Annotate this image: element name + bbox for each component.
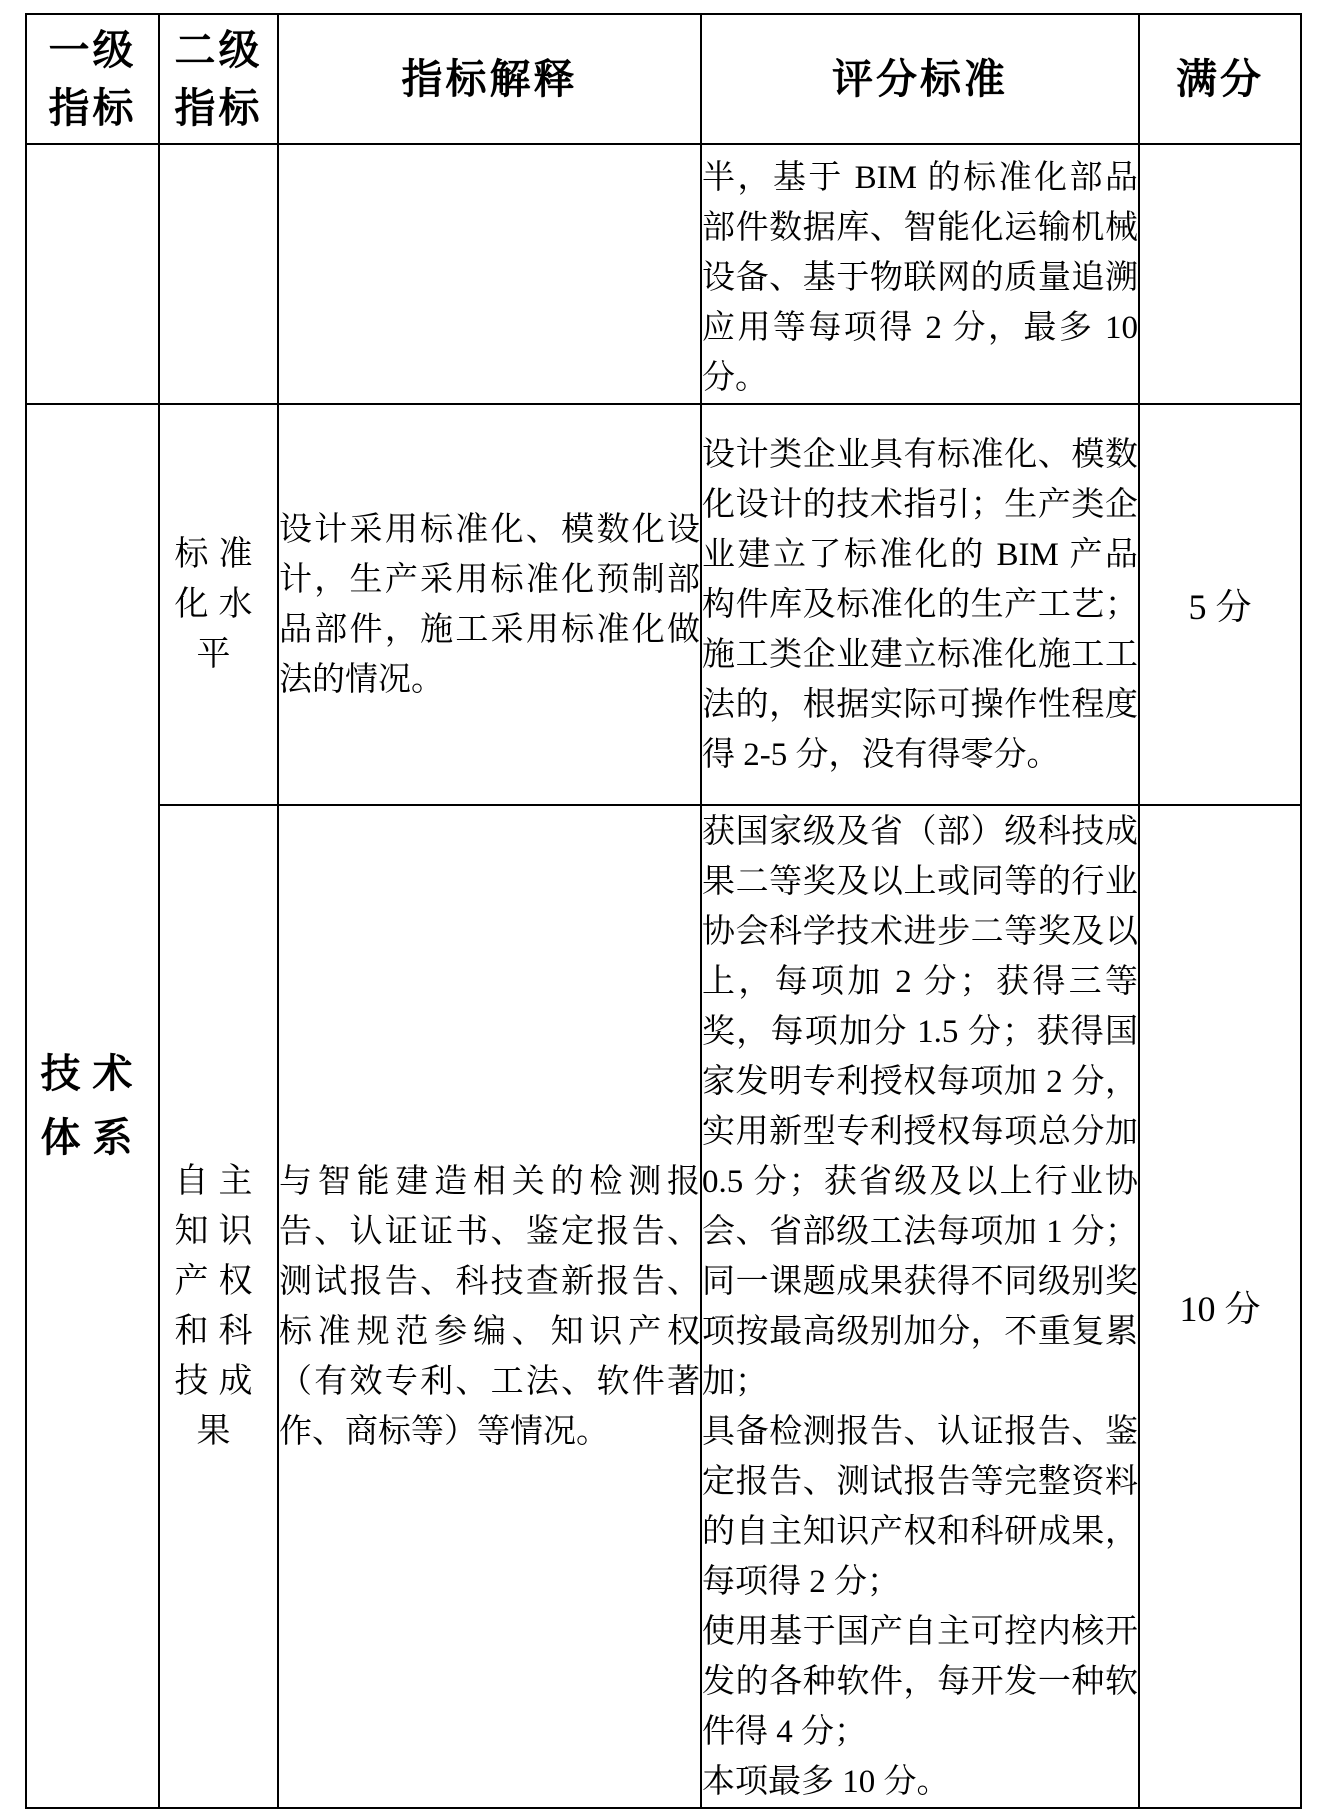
paragraph: 半，基于 BIM 的标准化部品部件数据库、智能化运输机械设备、基于物联网的质量追… (702, 153, 1138, 403)
document-page: 一级指标 二级指标 指标解释 评分标准 满分 半，基于 BIM 的标准化部品部件… (0, 0, 1323, 1819)
scoring-table: 一级指标 二级指标 指标解释 评分标准 满分 半，基于 BIM 的标准化部品部件… (25, 13, 1302, 1809)
paragraph: 与智能建造相关的检测报告、认证证书、鉴定报告、测试报告、科技查新报告、标准规范参… (279, 1157, 700, 1457)
cell-row2-explanation: 设计采用标准化、模数化设计，生产采用标准化预制部品部件，施工采用标准化做法的情况… (278, 404, 701, 805)
cell-row2-criteria: 设计类企业具有标准化、模数化设计的技术指引；生产类企业建立了标准化的 BIM 产… (701, 404, 1139, 805)
paragraph: 具备检测报告、认证报告、鉴定报告、测试报告等完整资料的自主知识产权和科研成果，每… (702, 1407, 1138, 1607)
cell-row2-score: 5 分 (1139, 404, 1301, 805)
header-level1: 一级指标 (26, 14, 159, 144)
cell-row1-criteria: 半，基于 BIM 的标准化部品部件数据库、智能化运输机械设备、基于物联网的质量追… (701, 144, 1139, 404)
header-explanation: 指标解释 (278, 14, 701, 144)
paragraph: 设计类企业具有标准化、模数化设计的技术指引；生产类企业建立了标准化的 BIM 产… (702, 430, 1138, 780)
table-row-standardization: 技术体系 标准化水平 设计采用标准化、模数化设计，生产采用标准化预制部品部件，施… (26, 404, 1301, 805)
cell-row1-level1 (26, 144, 159, 404)
paragraph: 获国家级及省（部）级科技成果二等奖及以上或同等的行业协会科学技术进步二等奖及以上… (702, 807, 1138, 1407)
cell-row3-score: 10 分 (1139, 805, 1301, 1808)
paragraph: 使用基于国产自主可控内核开发的各种软件，每开发一种软件得 4 分； (702, 1607, 1138, 1757)
header-criteria: 评分标准 (701, 14, 1139, 144)
table-row-continuation: 半，基于 BIM 的标准化部品部件数据库、智能化运输机械设备、基于物联网的质量追… (26, 144, 1301, 404)
cell-row3-criteria: 获国家级及省（部）级科技成果二等奖及以上或同等的行业协会科学技术进步二等奖及以上… (701, 805, 1139, 1808)
cell-row1-level2 (159, 144, 278, 404)
header-level2: 二级指标 (159, 14, 278, 144)
header-max-score: 满分 (1139, 14, 1301, 144)
cell-row3-level2: 自主知识产权和科技成果 (159, 805, 278, 1808)
table-header-row: 一级指标 二级指标 指标解释 评分标准 满分 (26, 14, 1301, 144)
paragraph: 本项最多 10 分。 (702, 1757, 1138, 1807)
cell-row1-score (1139, 144, 1301, 404)
table-row-ip-achievements: 自主知识产权和科技成果 与智能建造相关的检测报告、认证证书、鉴定报告、测试报告、… (26, 805, 1301, 1808)
cell-row1-explanation (278, 144, 701, 404)
cell-level1-group: 技术体系 (26, 404, 159, 1808)
cell-row2-level2: 标准化水平 (159, 404, 278, 805)
cell-row3-explanation: 与智能建造相关的检测报告、认证证书、鉴定报告、测试报告、科技查新报告、标准规范参… (278, 805, 701, 1808)
paragraph: 设计采用标准化、模数化设计，生产采用标准化预制部品部件，施工采用标准化做法的情况… (279, 505, 700, 705)
